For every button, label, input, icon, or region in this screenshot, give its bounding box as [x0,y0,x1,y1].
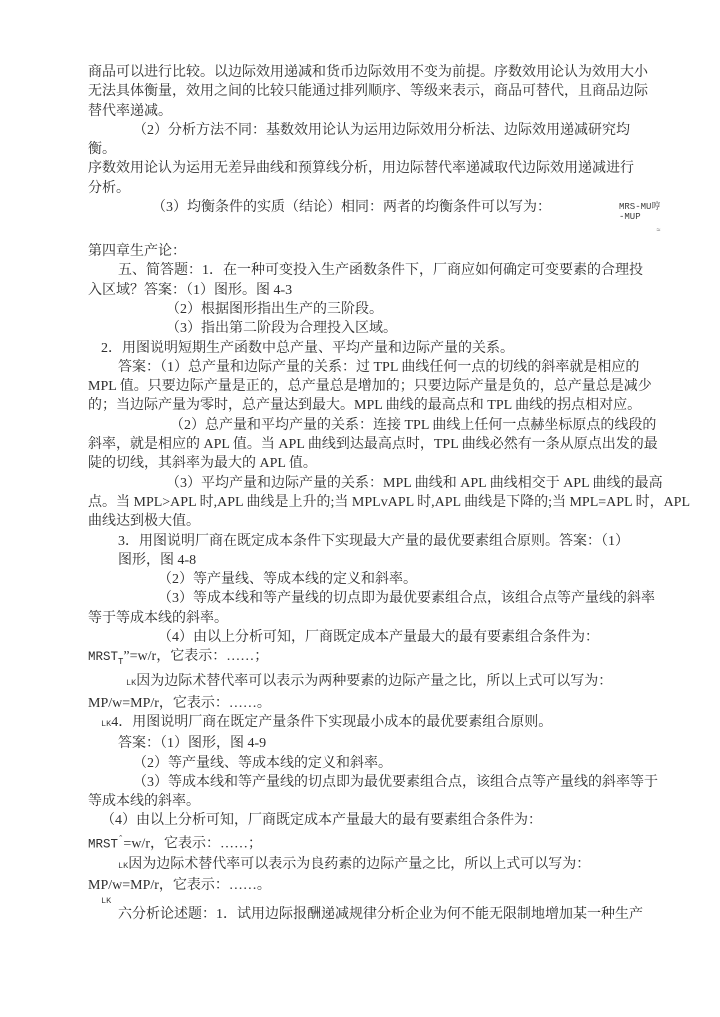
mrst-symbol: MRST [88,837,118,851]
document-page: 商品可以进行比较。以边际效用递减和货币边际效用不变为前提。序数效用论认为效用大小… [0,0,720,1017]
text-line: （3）平均产量和边际产量的关系：MPL 曲线和 APL 曲线相交于 APL 曲线… [88,474,634,493]
fraction-footnote-mark: ≈ [555,226,660,236]
fraction-denominator: -MUP [555,212,660,222]
text-line: 六分析论述题：1．试用边际报酬递减规律分析企业为何不能无限制地增加某一种生产 [88,905,634,924]
text-line: 斜率，就是相应的 APL 值。当 APL 曲线到达最高点时，TPL 曲线必然有一… [88,435,634,454]
text-line: 替代率递减。 [88,102,634,121]
text-line: 3．用图说明厂商在既定成本条件下实现最大产量的最优要素组合原则。答案：（1） [88,532,634,551]
text-line: 的；当边际产量为零时，总产量达到最大。MPL 曲线的最高点和 TPL 曲线的拐点… [88,396,634,415]
text-line: 陡的切线，其斜率为最大的 APL 值。 [88,454,634,473]
text-line: （2）等产量线、等成本线的定义和斜率。 [88,754,634,773]
equilibrium-condition-line: （3）均衡条件的实质（结论）相同：两者的均衡条件可以写为：MRS-MU哼-MUP… [88,198,634,242]
text-line: 2．用图说明短期生产函数中总产量、平均产量和边际产量的关系。 [88,339,634,358]
text-line: 点。当 MPL>APL 时,APL 曲线是上升的;当 MPLvAPL 时,APL… [88,493,634,512]
text-line: 商品可以进行比较。以边际效用递减和货币边际效用不变为前提。序数效用论认为效用大小 [88,63,634,82]
text-line: （2）总产量和平均产量的关系：连接 TPL 曲线上任何一点赫坐标原点的线段的 [88,416,634,435]
mrs-mu-fraction: MRS-MU哼-MUP≈ [555,198,660,236]
text-line: 无法具体衡量，效用之间的比较只能通过排列顺序、等级来表示，商品可替代，且商品边际 [88,82,634,101]
mp-condition-line: MP/w=MP/r，它表示：……。 [88,876,634,895]
mrst-condition-line: MRSTT”=w/r，它表示：……； [88,647,634,672]
text-line: （2）分析方法不同：基数效用论认为运用边际效用分析法、边际效用递减研究均 [88,121,634,140]
mrst-condition-text: ”=w/r，它表示：……； [123,649,268,664]
text-line: 衡。 [88,140,634,159]
line-text: 因为边际术替代率可以表示为良药素的边际产量之比，所以上式可以写为： [128,857,590,872]
text-line: （2）等产量线、等成本线的定义和斜率。 [88,570,634,589]
chapter-heading: 第四章生产论： [88,242,634,261]
text-line: 分析。 [88,179,634,198]
text-line: 等成本线的斜率。 [88,792,634,811]
text-line: LK因为边际术替代率可以表示为良药素的边际产量之比，所以上式可以写为： [88,855,634,876]
mrst-condition-text: =w/r，它表示：……； [123,836,262,851]
formula-prefix-text: （3）均衡条件的实质（结论）相同：两者的均衡条件可以写为： [152,200,551,215]
text-line: 曲线达到极大值。 [88,512,634,531]
lk-subscript: LK [101,896,111,906]
text-line: LK4．用图说明厂商在既定产量条件下实现最小成本的最优要素组合原则。 [88,713,634,734]
text-line: 序数效用论认为运用无差异曲线和预算线分析，用边际替代率递减取代边际效用递减进行 [88,159,634,178]
text-line: （3）等成本线和等产量线的切点即为最优要素组合点，该组合点等产量线的斜率 [88,589,634,608]
lk-subscript-line: LK [88,895,634,905]
text-line: （4）由以上分析可知，厂商既定成本产量最大的最有要素组合条件为： [88,628,634,647]
text-line: MPL 值。只要边际产量是正的，总产量总是增加的；只要边际产量是负的，总产量总是… [88,377,634,396]
lk-subscript: LK [101,719,111,729]
mp-condition-line: MP/w=MP/r，它表示：……。 [88,694,634,713]
line-text: 因为边际术替代率可以表示为两种要素的边际产量之比，所以上式可以写为： [136,674,612,689]
line-text: 4．用图说明厂商在既定产量条件下实现最小成本的最优要素组合原则。 [111,715,552,730]
text-line: （3）指出第二阶段为合理投入区域。 [88,319,634,338]
text-line: 答案：（1）图形，图 4-9 [88,734,634,753]
mrst-symbol: MRST [88,650,118,664]
text-line: （4）由以上分析可知，厂商既定成本产量最大的最有要素组合条件为： [88,811,634,830]
fraction-numerator: MRS-MU哼 [555,202,660,212]
text-line: 入区域？答案：（1）图形。图 4-3 [88,281,634,300]
mrst-condition-line: MRSTˆ=w/r，它表示：……； [88,831,634,855]
text-line: LK因为边际术替代率可以表示为两种要素的边际产量之比，所以上式可以写为： [88,672,634,693]
lk-subscript: LK [118,861,128,871]
text-line: 图形，图 4-8 [88,551,634,570]
text-line: 答案：（1）总产量和边际产量的关系：过 TPL 曲线任何一点的切线的斜率就是相应… [88,358,634,377]
lk-subscript: LK [126,678,136,688]
text-line: 五、简答题：1．在一种可变投入生产函数条件下，厂商应如何确定可变要素的合理投 [88,261,634,280]
text-line: （2）根据图形指出生产的三阶段。 [88,300,634,319]
text-line: （3）等成本线和等产量线的切点即为最优要素组合点，该组合点等产量线的斜率等于 [88,773,634,792]
text-line: 等于等成本线的斜率。 [88,609,634,628]
